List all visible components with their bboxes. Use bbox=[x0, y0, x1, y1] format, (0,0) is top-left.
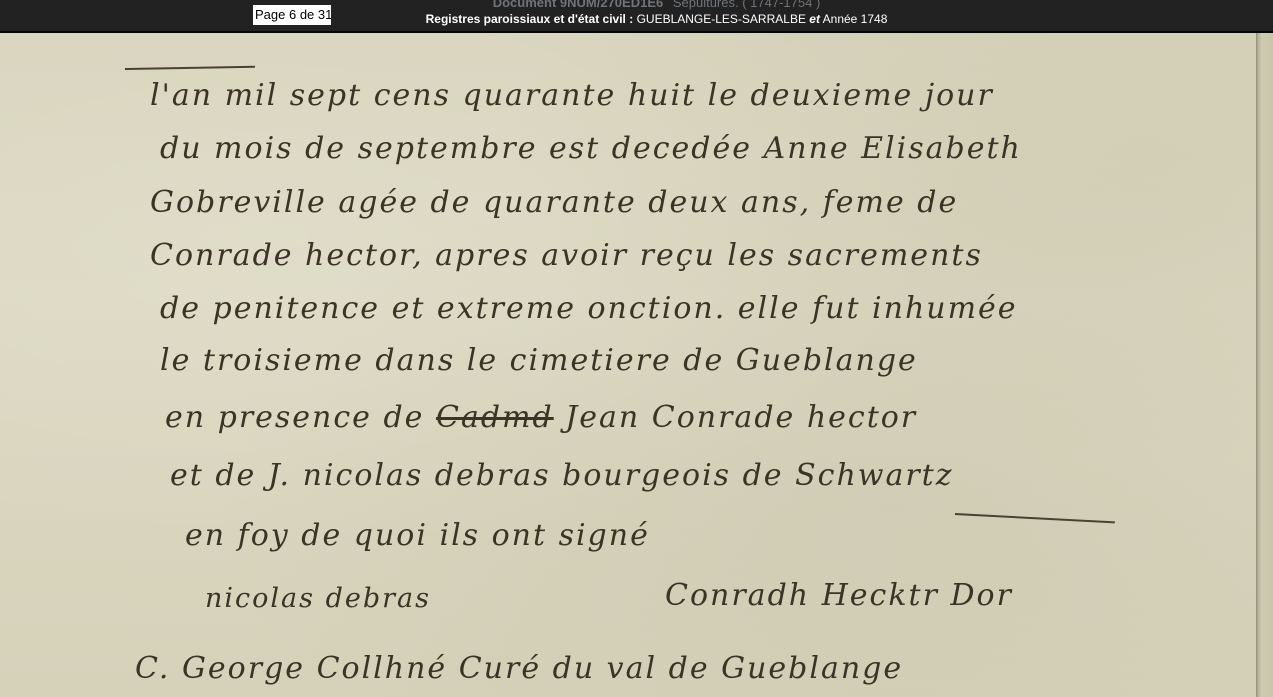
signature-left: nicolas debras bbox=[205, 583, 431, 614]
subtitle-label: Registres paroissiaux et d'état civil : bbox=[426, 12, 634, 26]
document-image-viewer[interactable]: l'an mil sept cens quarante huit le deux… bbox=[0, 33, 1273, 697]
subtitle-year: Année 1748 bbox=[823, 12, 888, 26]
manuscript-line-7: en presence de Cadmd Jean Conrade hector bbox=[165, 400, 917, 435]
manuscript-line-5: de penitence et extreme onction. elle fu… bbox=[160, 291, 1018, 326]
manuscript-line-7-before: en presence de bbox=[165, 400, 424, 435]
document-kind: Sépultures. ( 1747-1754 ) bbox=[673, 0, 820, 10]
subtitle-et: et bbox=[809, 12, 820, 26]
manuscript-line-8: et de J. nicolas debras bourgeois de Sch… bbox=[170, 458, 954, 493]
struck-word: Cadmd bbox=[436, 400, 554, 435]
manuscript-line-9: en foy de quoi ils ont signé bbox=[185, 518, 650, 553]
manuscript-line-3: Gobreville agée de quarante deux ans, fe… bbox=[150, 185, 958, 220]
subtitle-place: GUEBLANGE-LES-SARRALBE bbox=[637, 12, 806, 26]
curate-signature-line: C. George Collhné Curé du val de Gueblan… bbox=[135, 651, 903, 686]
viewer-header: Page 6 de 31 Document 9NUM/270ED1E6 Sépu… bbox=[0, 0, 1273, 33]
document-subtitle: Registres paroissiaux et d'état civil : … bbox=[0, 12, 1273, 26]
document-id: Document 9NUM/270ED1E6 bbox=[493, 0, 664, 10]
manuscript-line-6: le troisieme dans le cimetiere de Guebla… bbox=[160, 343, 918, 378]
manuscript-line-1: l'an mil sept cens quarante huit le deux… bbox=[150, 78, 994, 113]
manuscript-line-2: du mois de septembre est decedée Anne El… bbox=[160, 131, 1022, 166]
manuscript-line-7-after: Jean Conrade hector bbox=[565, 400, 917, 435]
document-title: Document 9NUM/270ED1E6 Sépultures. ( 174… bbox=[0, 0, 1273, 10]
page-edge bbox=[1256, 33, 1273, 697]
manuscript-line-4: Conrade hector, apres avoir reçu les sac… bbox=[150, 238, 983, 273]
signature-right: Conradh Hecktr Dor bbox=[665, 578, 1013, 613]
